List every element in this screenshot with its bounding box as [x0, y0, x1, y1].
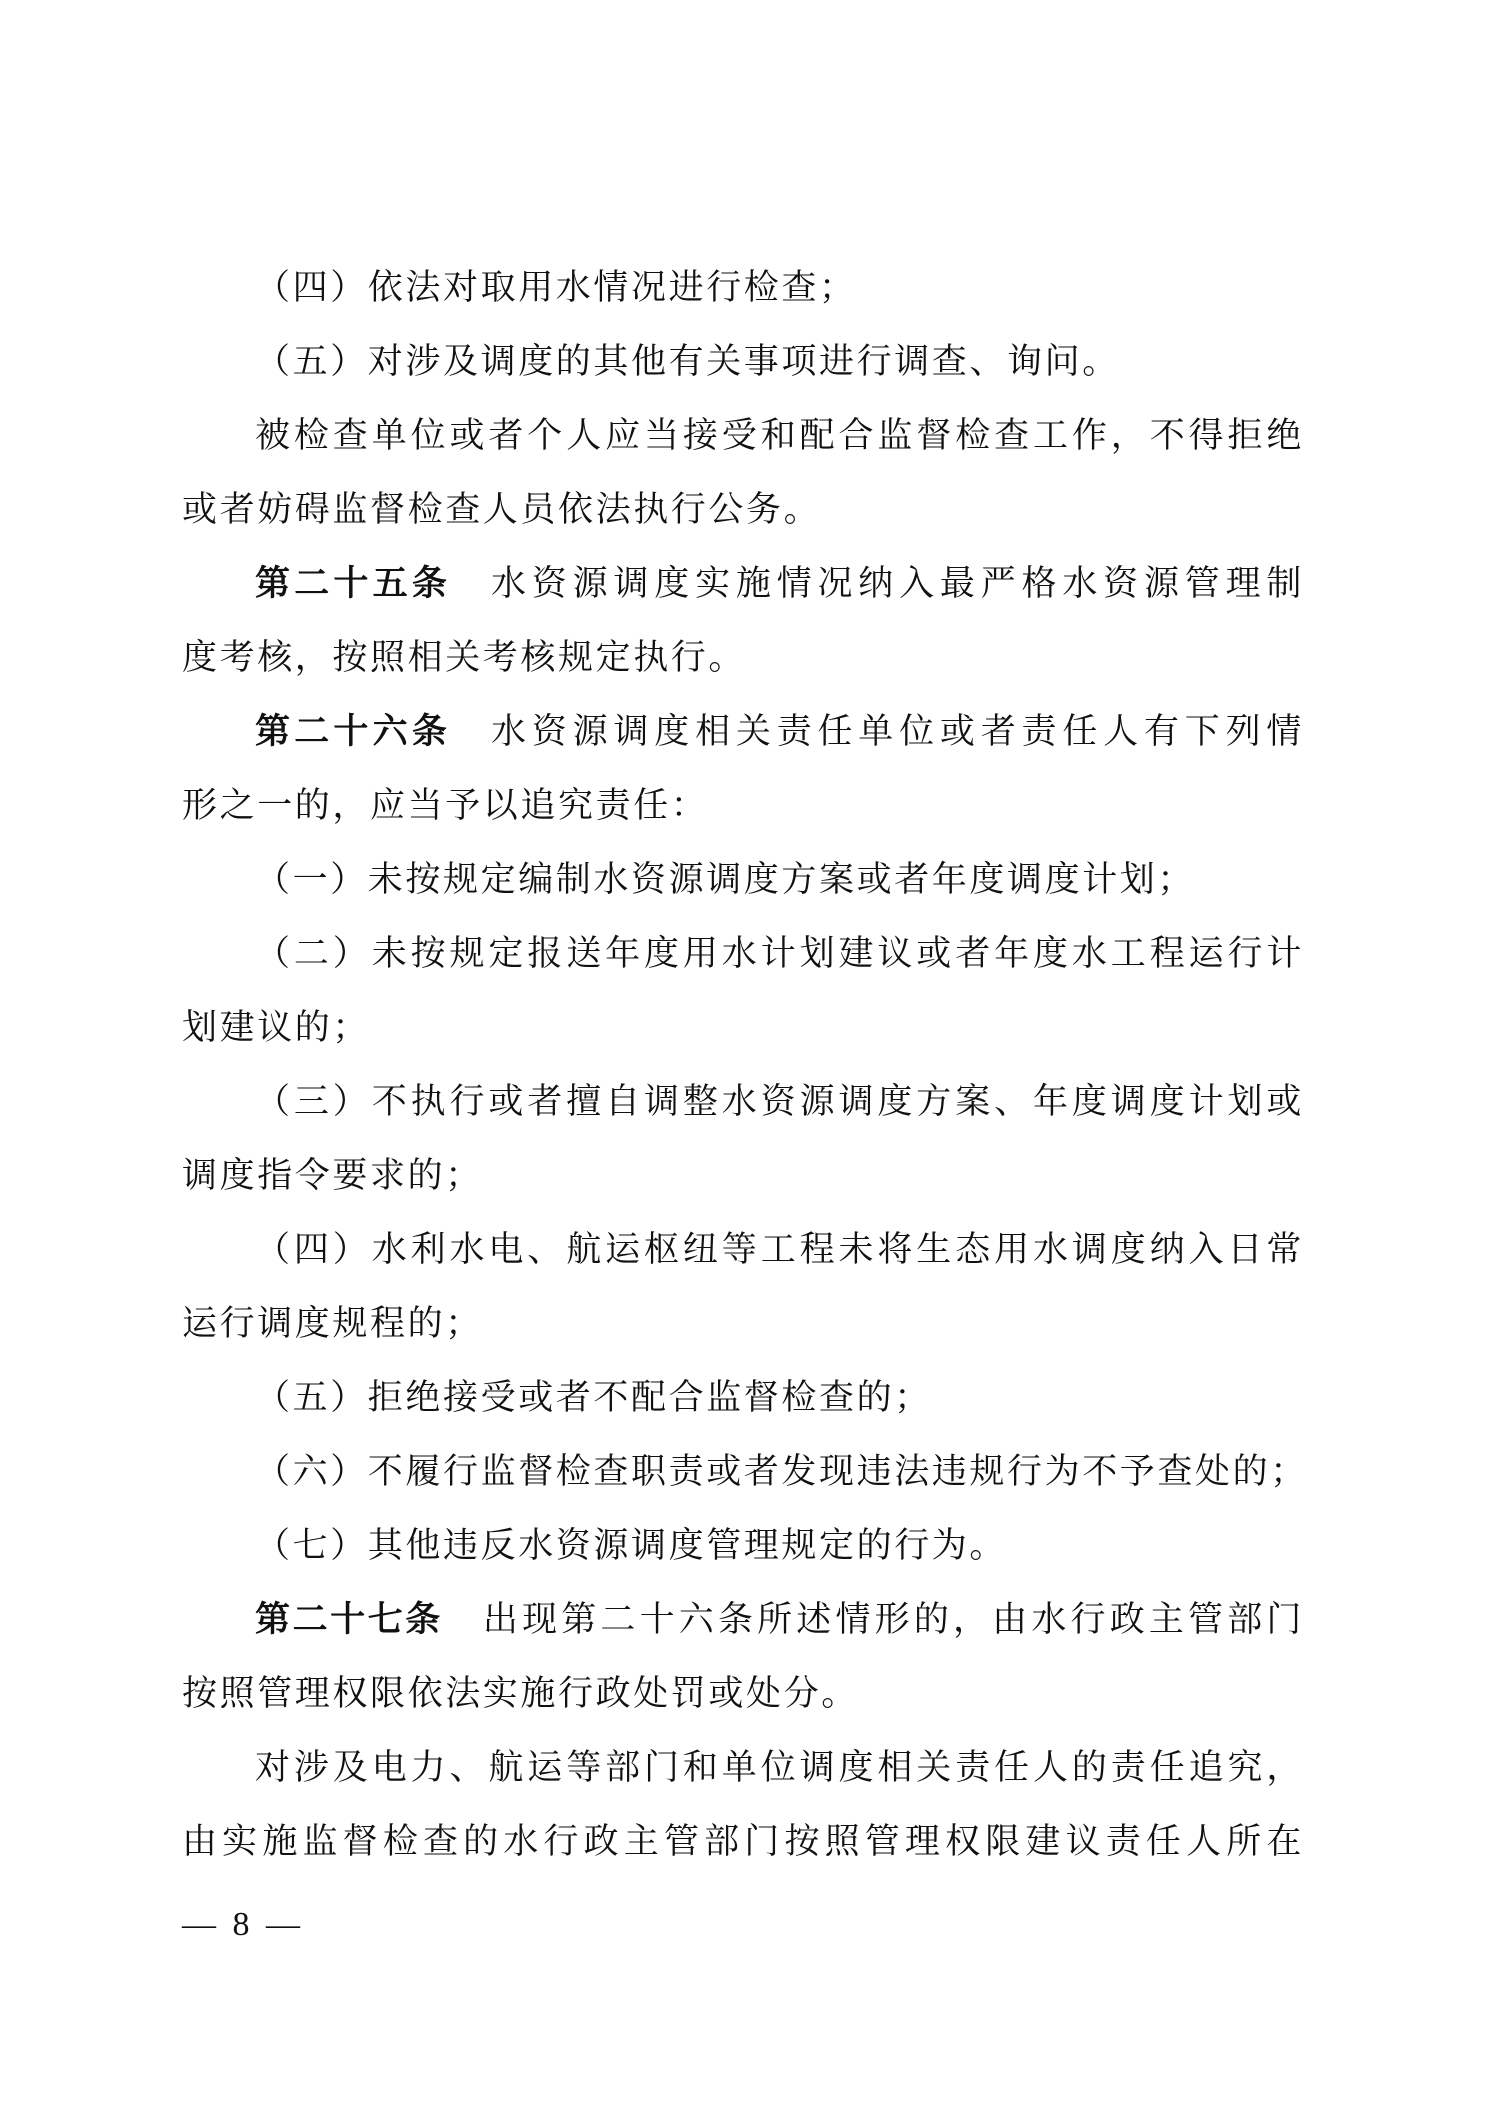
paragraph-line: 形之一的，应当予以追究责任：: [182, 786, 708, 860]
line-text: 水资源调度实施情况纳入最严格水资源管理制: [491, 564, 1304, 604]
line-text: （七）其他违反水资源调度管理规定的行为。: [255, 1526, 1007, 1566]
paragraph-line: 划建议的；: [182, 1008, 370, 1082]
paragraph-line: （五）对涉及调度的其他有关事项进行调查、询问。: [255, 342, 1120, 416]
line-text: 对涉及电力、航运等部门和单位调度相关责任人的责任追究，: [255, 1748, 1304, 1788]
article-heading: 第二十七条: [255, 1600, 443, 1640]
page-number: — 8 —: [182, 1906, 304, 1944]
line-text: （四）水利水电、航运枢纽等工程未将生态用水调度纳入日常: [255, 1230, 1304, 1270]
line-text: （五）对涉及调度的其他有关事项进行调查、询问。: [255, 342, 1120, 382]
line-text: （六）不履行监督检查职责或者发现违法违规行为不予查处的；: [255, 1452, 1308, 1492]
list-item-line: （一）未按规定编制水资源调度方案或者年度调度计划；: [255, 860, 1195, 934]
list-item-line: （七）其他违反水资源调度管理规定的行为。: [255, 1526, 1007, 1600]
article-27-line: 第二十七条出现第二十六条所述情形的，由水行政主管部门: [255, 1600, 1304, 1674]
list-item-line: （五）拒绝接受或者不配合监督检查的；: [255, 1378, 932, 1452]
paragraph-line: 运行调度规程的；: [182, 1304, 483, 1378]
line-text: （五）拒绝接受或者不配合监督检查的；: [255, 1378, 932, 1418]
article-heading: 第二十六条: [255, 712, 451, 752]
paragraph-line: （四）依法对取用水情况进行检查；: [255, 268, 857, 342]
line-text: 运行调度规程的；: [182, 1304, 483, 1344]
paragraph-line: 对涉及电力、航运等部门和单位调度相关责任人的责任追究，: [255, 1748, 1304, 1822]
line-text: 被检查单位或者个人应当接受和配合监督检查工作，不得拒绝: [255, 416, 1304, 456]
line-text: （一）未按规定编制水资源调度方案或者年度调度计划；: [255, 860, 1195, 900]
line-text: 水资源调度相关责任单位或者责任人有下列情: [491, 712, 1304, 752]
list-item-line: （六）不履行监督检查职责或者发现违法违规行为不予查处的；: [255, 1452, 1304, 1526]
line-text: 度考核，按照相关考核规定执行。: [182, 638, 746, 678]
article-heading: 第二十五条: [255, 564, 451, 604]
line-text: 调度指令要求的；: [182, 1156, 483, 1196]
line-text: 按照管理权限依法实施行政处罚或处分。: [182, 1674, 859, 1714]
paragraph-line: 被检查单位或者个人应当接受和配合监督检查工作，不得拒绝: [255, 416, 1304, 490]
list-item-line: （三）不执行或者擅自调整水资源调度方案、年度调度计划或: [255, 1082, 1304, 1156]
paragraph-line: 调度指令要求的；: [182, 1156, 483, 1230]
line-text: 形之一的，应当予以追究责任：: [182, 786, 708, 826]
paragraph-line: 按照管理权限依法实施行政处罚或处分。: [182, 1674, 859, 1748]
paragraph-line: 或者妨碍监督检查人员依法执行公务。: [182, 490, 821, 564]
line-text: 或者妨碍监督检查人员依法执行公务。: [182, 490, 821, 530]
line-text: （三）不执行或者擅自调整水资源调度方案、年度调度计划或: [255, 1082, 1304, 1122]
paragraph-line: 度考核，按照相关考核规定执行。: [182, 638, 746, 712]
line-text: （二）未按规定报送年度用水计划建议或者年度水工程运行计: [255, 934, 1304, 974]
line-text: 由实施监督检查的水行政主管部门按照管理权限建议责任人所在: [182, 1822, 1304, 1862]
line-text: 出现第二十六条所述情形的，由水行政主管部门: [483, 1600, 1304, 1640]
line-text: （四）依法对取用水情况进行检查；: [255, 268, 857, 308]
article-26-line: 第二十六条水资源调度相关责任单位或者责任人有下列情: [255, 712, 1304, 786]
list-item-line: （四）水利水电、航运枢纽等工程未将生态用水调度纳入日常: [255, 1230, 1304, 1304]
article-25-line: 第二十五条水资源调度实施情况纳入最严格水资源管理制: [255, 564, 1304, 638]
list-item-line: （二）未按规定报送年度用水计划建议或者年度水工程运行计: [255, 934, 1304, 1008]
line-text: 划建议的；: [182, 1008, 370, 1048]
paragraph-line: 由实施监督检查的水行政主管部门按照管理权限建议责任人所在: [182, 1822, 1304, 1896]
